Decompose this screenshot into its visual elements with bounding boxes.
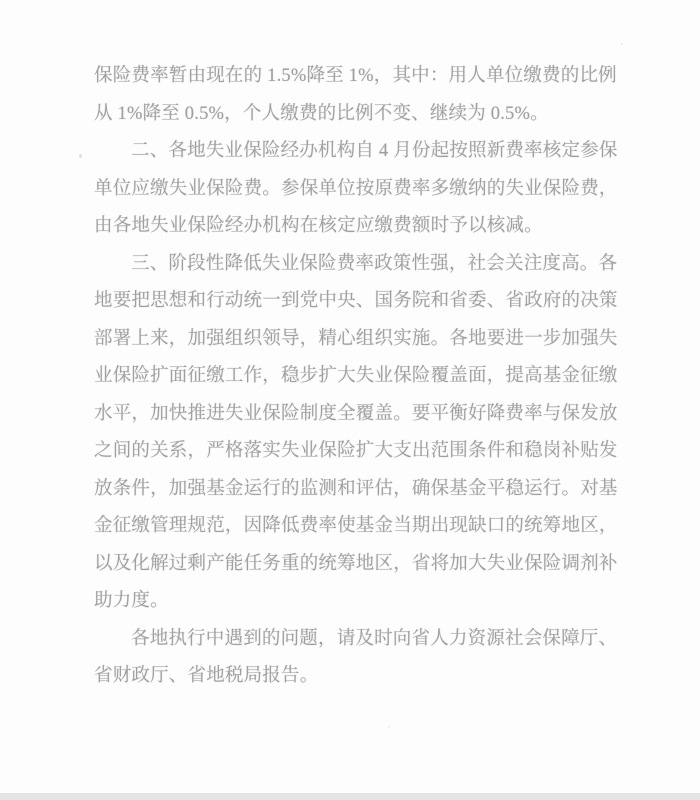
text-line: 放条件，加强基金运行的监测和评估，确保基金平稳运行。对基 bbox=[94, 471, 624, 509]
text-line: 水平，加快推进失业保险制度全覆盖。要平衡好降费率与保发放 bbox=[94, 396, 624, 434]
scan-noise-speck bbox=[79, 154, 82, 158]
text-block: 保险费率暂由现在的 1.5%降至 1%，其中：用人单位缴费的比例从 1%降至 0… bbox=[94, 58, 624, 696]
text-line: 三、阶段性降低失业保险费率政策性强，社会关注度高。各 bbox=[94, 246, 624, 284]
text-line: 省财政厅、省地税局报告。 bbox=[94, 658, 624, 696]
text-line: 金征缴管理规范，因降低费率使基金当期出现缺口的统筹地区， bbox=[94, 508, 624, 546]
scan-noise-speck bbox=[621, 43, 623, 45]
text-line: 单位应缴失业保险费。参保单位按原费率多缴纳的失业保险费， bbox=[94, 171, 624, 209]
text-line: 由各地失业保险经办机构在核定应缴费额时予以核减。 bbox=[94, 208, 624, 246]
text-line: 各地执行中遇到的问题，请及时向省人力资源社会保障厅、 bbox=[94, 621, 624, 659]
scan-noise-speck bbox=[388, 726, 390, 728]
scanned-page: 保险费率暂由现在的 1.5%降至 1%，其中：用人单位缴费的比例从 1%降至 0… bbox=[0, 0, 700, 793]
text-line: 部署上来，加强组织领导，精心组织实施。各地要进一步加强失 bbox=[94, 321, 624, 359]
text-line: 助力度。 bbox=[94, 583, 624, 621]
text-line: 保险费率暂由现在的 1.5%降至 1%，其中：用人单位缴费的比例 bbox=[94, 58, 624, 96]
text-line: 二、各地失业保险经办机构自 4 月份起按照新费率核定参保 bbox=[94, 133, 624, 171]
scan-edge-shadow bbox=[0, 793, 700, 800]
text-line: 地要把思想和行动统一到党中央、国务院和省委、省政府的决策 bbox=[94, 283, 624, 321]
text-line: 从 1%降至 0.5%，个人缴费的比例不变、继续为 0.5%。 bbox=[94, 96, 624, 134]
text-line: 以及化解过剩产能任务重的统筹地区，省将加大失业保险调剂补 bbox=[94, 546, 624, 584]
text-line: 业保险扩面征缴工作，稳步扩大失业保险覆盖面，提高基金征缴 bbox=[94, 358, 624, 396]
text-line: 之间的关系，严格落实失业保险扩大支出范围条件和稳岗补贴发 bbox=[94, 433, 624, 471]
